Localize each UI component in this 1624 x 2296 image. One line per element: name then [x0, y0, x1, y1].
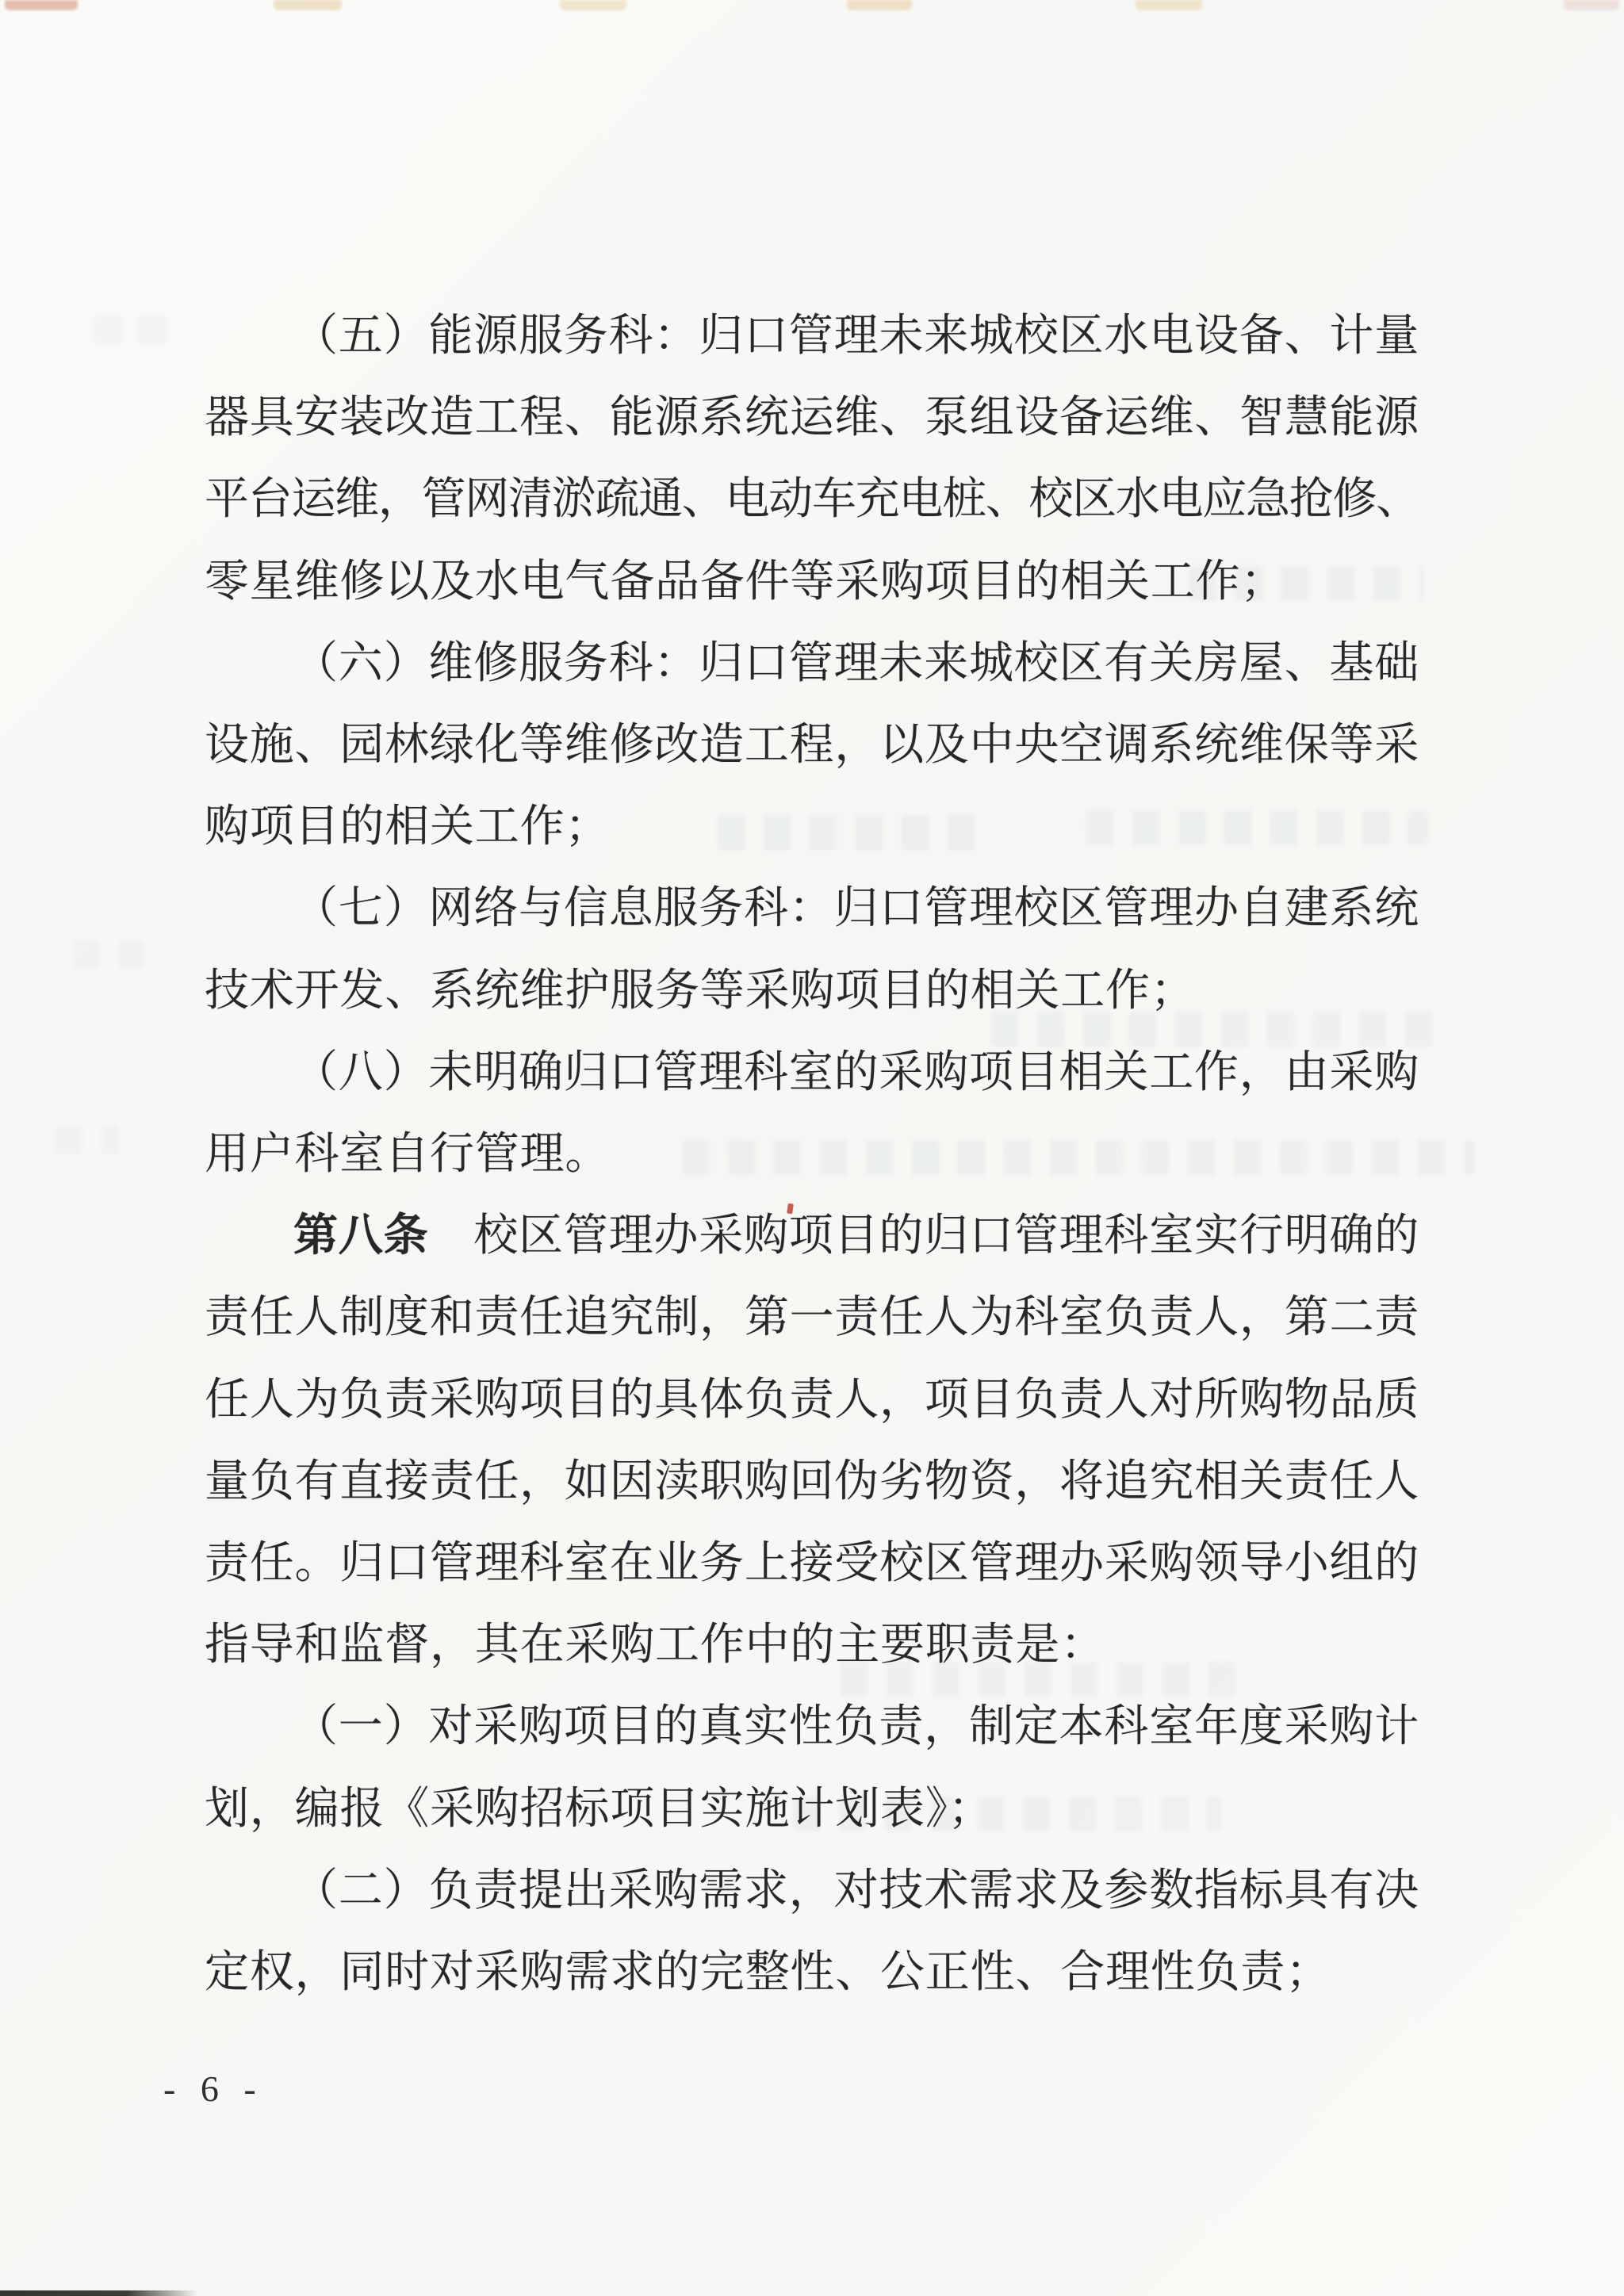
scan-smudge-icon	[274, 0, 342, 10]
text-line: 器具安装改造工程、能源系统运维、泵组设备运维、智慧能源	[205, 394, 1419, 442]
text-line: 第八条 校区管理办采购项目的归口管理科室实行明确的	[293, 1212, 1419, 1260]
scan-smudge-icon	[560, 0, 626, 10]
page-number: - 6 -	[163, 2068, 264, 2110]
scan-edge-artifact	[0, 2290, 198, 2296]
scan-smudge-icon	[1564, 0, 1619, 10]
bleed-through-text	[682, 1140, 1475, 1175]
scan-smudge-icon	[847, 0, 912, 10]
text-line: （八）未明确归口管理科室的采购项目相关工作，由采购	[293, 1049, 1419, 1096]
text-line: 划，编报《采购招标项目实施计划表》；	[205, 1785, 993, 1833]
document-page: （五）能源服务科：归口管理未来城校区水电设备、计量器具安装改造工程、能源系统运维…	[0, 0, 1624, 2296]
scan-smudge-icon	[1136, 0, 1202, 10]
text-line: 平台运维，管网清淤疏通、电动车充电桩、校区水电应急抢修、	[205, 476, 1419, 523]
text-line: 设施、园林绿化等维修改造工程，以及中央空调系统维保等采	[205, 721, 1419, 769]
scan-smudge-icon	[5, 0, 78, 10]
text-line: 用户科室自行管理。	[205, 1131, 610, 1178]
text-line: 定权，同时对采购需求的完整性、公正性、合理性负责；	[205, 1949, 1331, 1996]
text-line: 责任人制度和责任追究制，第一责任人为科室负责人，第二责	[205, 1294, 1419, 1341]
text-line: （六）维修服务科：归口管理未来城校区有关房屋、基础	[293, 640, 1419, 687]
bleed-through-text	[56, 1126, 119, 1154]
text-line: 指导和监督，其在采购工作中的主要职责是：	[205, 1621, 1105, 1669]
text-line: （一）对采购项目的真实性负责，制定本科室年度采购计	[293, 1703, 1419, 1751]
bleed-through-text	[718, 815, 987, 850]
text-line: 技术开发、系统维护服务等采购项目的相关工作；	[205, 967, 1196, 1015]
text-line: （五）能源服务科：归口管理未来城校区水电设备、计量	[293, 312, 1419, 360]
bleed-through-text	[991, 1012, 1435, 1047]
text-line: （二）负责提出采购需求，对技术需求及参数指标具有决	[293, 1867, 1419, 1915]
bleed-through-text	[73, 940, 144, 969]
text-line: 零星维修以及水电气备品备件等采购项目的相关工作；	[205, 558, 1285, 606]
text-line: 量负有直接责任，如因渎职购回伪劣物资，将追究相关责任人	[205, 1458, 1419, 1506]
text-line: 责任。归口管理科室在业务上接受校区管理办采购领导小组的	[205, 1540, 1419, 1587]
text-line: 购项目的相关工作；	[205, 803, 610, 851]
text-line: 任人为负责采购项目的具体负责人，项目负责人对所购物品质	[205, 1376, 1419, 1424]
text-line: （七）网络与信息服务科：归口管理校区管理办自建系统	[293, 885, 1419, 932]
bleed-through-text	[1086, 810, 1427, 845]
bleed-through-text	[94, 316, 181, 344]
